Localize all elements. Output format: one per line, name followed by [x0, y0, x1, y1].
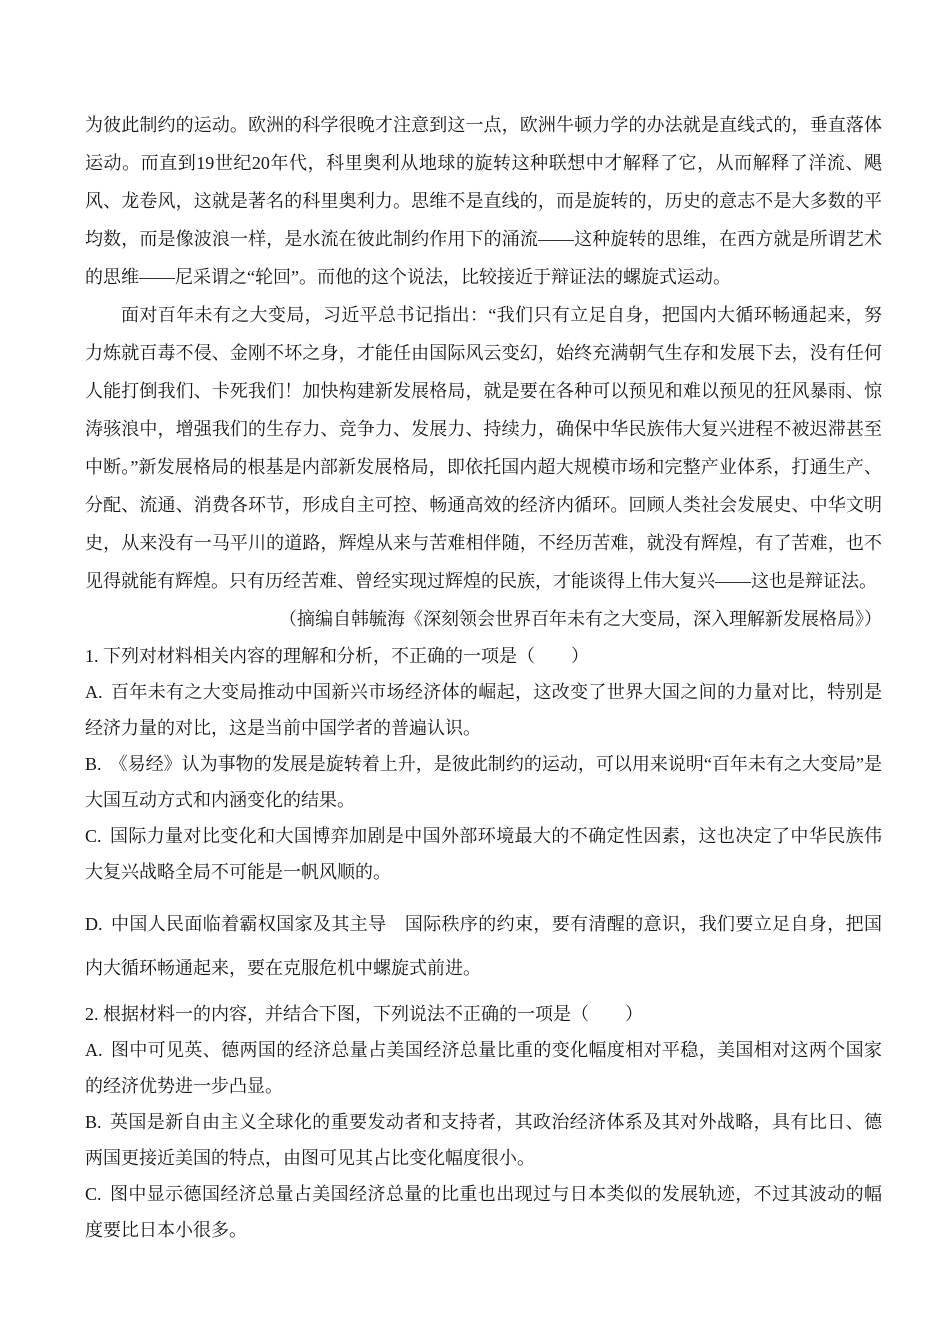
option-a-label: A.	[85, 1040, 103, 1060]
option-d-text: 中国人民面临着霸权国家及其主导 国际秩序的约束，要有清醒的意识，我们要立足自身，…	[85, 914, 882, 978]
passage-paragraph-2: 面对百年未有之大变局，习近平总书记指出：“我们只有立足自身，把国内大循环畅通起来…	[85, 296, 882, 600]
option-c-label: C.	[85, 826, 102, 846]
question-2-stem: 2. 根据材料一的内容，并结合下图，下列说法不正确的一项是（ ）	[85, 996, 882, 1032]
question-2-option-c: C.图中显示德国经济总量占美国经济总量的比重也出现过与日本类似的发展轨迹，不过其…	[85, 1176, 882, 1248]
option-b-text: 《易经》认为事物的发展是旋转着上升，是彼此制约的运动，可以用来说明“百年未有之大…	[85, 754, 882, 810]
option-a-text: 百年未有之大变局推动中国新兴市场经济体的崛起，这改变了世界大国之间的力量对比，特…	[85, 682, 882, 738]
question-1-option-b: B.《易经》认为事物的发展是旋转着上升，是彼此制约的运动，可以用来说明“百年未有…	[85, 746, 882, 818]
option-a-text: 图中可见英、德两国的经济总量占美国经济总量比重的变化幅度相对平稳，美国相对这两个…	[85, 1040, 882, 1096]
option-c-text: 国际力量对比变化和大国博弈加剧是中国外部环境最大的不确定性因素，这也决定了中华民…	[85, 826, 882, 882]
question-1-option-a: A.百年未有之大变局推动中国新兴市场经济体的崛起，这改变了世界大国之间的力量对比…	[85, 674, 882, 746]
question-1-option-c: C.国际力量对比变化和大国博弈加剧是中国外部环境最大的不确定性因素，这也决定了中…	[85, 818, 882, 890]
passage-paragraph-continuation: 为彼此制约的运动。欧洲的科学很晚才注意到这一点，欧洲牛顿力学的办法就是直线式的，…	[85, 106, 882, 296]
option-c-text: 图中显示德国经济总量占美国经济总量的比重也出现过与日本类似的发展轨迹，不过其波动…	[85, 1184, 882, 1240]
option-d-label: D.	[85, 914, 103, 934]
option-b-text: 英国是新自由主义全球化的重要发动者和支持者，其政治经济体系及其对外战略，具有比日…	[85, 1112, 882, 1168]
question-1-stem: 1. 下列对材料相关内容的理解和分析，不正确的一项是（ ）	[85, 638, 882, 674]
option-c-label: C.	[85, 1184, 102, 1204]
question-2-option-a: A.图中可见英、德两国的经济总量占美国经济总量比重的变化幅度相对平稳，美国相对这…	[85, 1032, 882, 1104]
option-b-label: B.	[85, 1112, 102, 1132]
question-1-option-d: D.中国人民面临着霸权国家及其主导 国际秩序的约束，要有清醒的意识，我们要立足自…	[85, 902, 882, 990]
exam-content: 为彼此制约的运动。欧洲的科学很晚才注意到这一点，欧洲牛顿力学的办法就是直线式的，…	[85, 106, 882, 1248]
question-2-option-b: B.英国是新自由主义全球化的重要发动者和支持者，其政治经济体系及其对外战略，具有…	[85, 1104, 882, 1176]
source-attribution: （摘编自韩毓海《深刻领会世界百年未有之大变局，深入理解新发展格局》）	[85, 600, 882, 638]
exam-page: 为彼此制约的运动。欧洲的科学很晚才注意到这一点，欧洲牛顿力学的办法就是直线式的，…	[0, 0, 950, 1344]
option-a-label: A.	[85, 682, 103, 702]
option-b-label: B.	[85, 754, 102, 774]
